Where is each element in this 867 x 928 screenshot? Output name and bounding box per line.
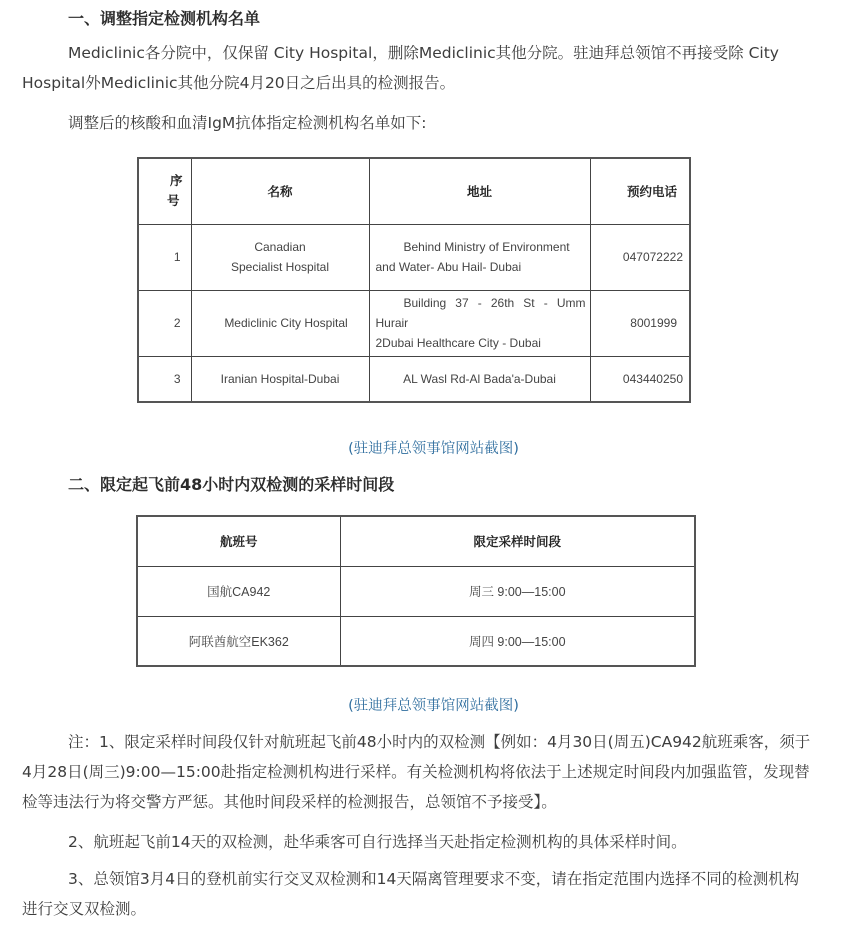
cell-seq: 1 — [138, 224, 191, 290]
section1-paragraph: Mediclinic各分院中，仅保留 City Hospital，删除Medic… — [22, 38, 812, 98]
table2-caption: (驻迪拜总领事馆网站截图) — [0, 694, 867, 715]
testing-institutions-table: 序 号 名称 地址 预约电话 1 Canadian Specialist Hos… — [137, 157, 691, 403]
note-3: 3、总领馆3月4日的登机前实行交叉双检测和14天隔离管理要求不变，请在指定范围内… — [22, 864, 812, 924]
cell-phone: 8001999 — [590, 290, 690, 356]
table-row: 2 Mediclinic City Hospital Building 37 -… — [138, 290, 690, 356]
header-seq: 序 号 — [138, 158, 191, 224]
cell-window: 周三 9:00—15:00 — [340, 566, 695, 616]
header-address: 地址 — [369, 158, 590, 224]
cell-phone: 047072222 — [590, 224, 690, 290]
table-header-row: 序 号 名称 地址 预约电话 — [138, 158, 690, 224]
table-row: 1 Canadian Specialist Hospital Behind Mi… — [138, 224, 690, 290]
header-phone: 预约电话 — [590, 158, 690, 224]
cell-name: Canadian Specialist Hospital — [191, 224, 369, 290]
section2-heading: 二、限定起飞前48小时内双检测的采样时间段 — [68, 472, 394, 495]
address-line1: Building 37 - 26th St - Umm Hurair — [376, 293, 586, 333]
cell-address: Behind Ministry of Environment and Water… — [369, 224, 590, 290]
cell-window: 周四 9:00—15:00 — [340, 616, 695, 666]
section1-table-intro: 调整后的核酸和血清IgM抗体指定检测机构名单如下: — [22, 108, 812, 138]
header-seq-line1: 序 — [145, 171, 183, 191]
cell-flight: 国航CA942 — [137, 566, 340, 616]
cell-phone: 043440250 — [590, 356, 690, 402]
cell-name: Mediclinic City Hospital — [191, 290, 369, 356]
section1-heading: 一、调整指定检测机构名单 — [68, 6, 260, 29]
flight-sampling-table: 航班号 限定采样时间段 国航CA942 周三 9:00—15:00 阿联酋航空E… — [136, 515, 696, 667]
table1-caption: (驻迪拜总领事馆网站截图) — [0, 437, 867, 458]
note-2: 2、航班起飞前14天的双检测，赴华乘客可自行选择当天赴指定检测机构的具体采样时间… — [22, 827, 812, 857]
cell-name: Iranian Hospital-Dubai — [191, 356, 369, 402]
table-row: 阿联酋航空EK362 周四 9:00—15:00 — [137, 616, 695, 666]
cell-address: Building 37 - 26th St - Umm Hurair 2Duba… — [369, 290, 590, 356]
cell-seq: 3 — [138, 356, 191, 402]
address-line2: 2Dubai Healthcare City - Dubai — [376, 336, 541, 350]
address-line1: Behind Ministry of Environment — [376, 237, 586, 257]
header-seq-line2: 号 — [145, 191, 183, 211]
table-header-row: 航班号 限定采样时间段 — [137, 516, 695, 566]
address-line2: and Water- Abu Hail- Dubai — [376, 260, 522, 274]
cell-address: AL Wasl Rd-Al Bada'a-Dubai — [369, 356, 590, 402]
header-flight: 航班号 — [137, 516, 340, 566]
cell-seq: 2 — [138, 290, 191, 356]
header-name: 名称 — [191, 158, 369, 224]
note-1: 注：1、限定采样时间段仅针对航班起飞前48小时内的双检测【例如：4月30日(周五… — [22, 727, 812, 817]
cell-flight: 阿联酋航空EK362 — [137, 616, 340, 666]
table-row: 3 Iranian Hospital-Dubai AL Wasl Rd-Al B… — [138, 356, 690, 402]
table-row: 国航CA942 周三 9:00—15:00 — [137, 566, 695, 616]
header-window: 限定采样时间段 — [340, 516, 695, 566]
